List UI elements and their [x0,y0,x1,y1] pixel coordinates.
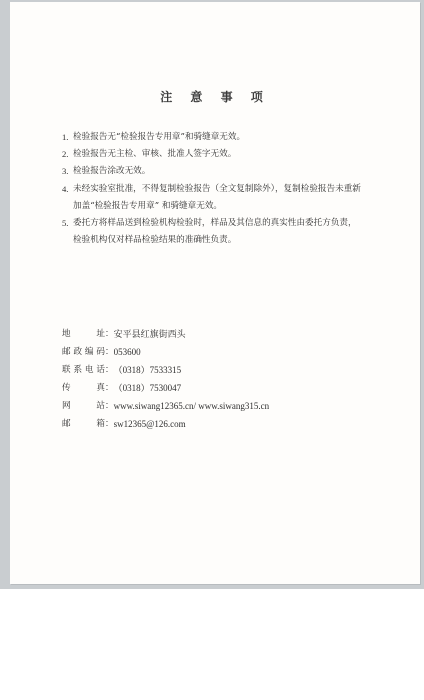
contact-label: 网 站 [62,397,105,415]
website-value: www.siwang12365.cn/ www.siwang315.cn [114,397,270,415]
postcode-value: 053600 [114,343,141,361]
contact-separator: ： [105,361,114,379]
notice-number: 1. [62,129,68,146]
notice-text: 未经实验室批准，不得复制检验报告（全文复制除外），复制检验报告未重新 [73,181,361,198]
contact-separator: ： [105,343,114,361]
contact-separator: ： [105,397,114,415]
notice-text: 检验报告无主检、审核、批准人签字无效。 [73,146,361,163]
contact-separator: ： [105,415,114,433]
document-page: 注 意 事 项 1. 检验报告无“检验报告专用章”和骑缝章无效。 2. 检验报告… [10,2,420,584]
notice-number: 2. [62,146,68,163]
contact-fax: 传 真 ： （0318）7530047 [62,379,269,397]
notice-item-4: 4. 未经实验室批准，不得复制检验报告（全文复制除外），复制检验报告未重新 加盖… [62,181,361,215]
contact-phone: 联系电话 ： （0318）7533315 [62,361,269,379]
contact-separator: ： [105,325,114,343]
notice-text: 检验报告涂改无效。 [73,163,361,180]
contact-label: 邮政编码 [62,343,105,361]
phone-value: （0318）7533315 [114,361,182,379]
notice-number: 5. [62,215,68,232]
notice-number: 4. [62,181,68,198]
notice-item-2: 2. 检验报告无主检、审核、批准人签字无效。 [62,146,361,163]
notice-item-1: 1. 检验报告无“检验报告专用章”和骑缝章无效。 [62,129,361,146]
contact-label: 地 址 [62,325,105,343]
notice-item-3: 3. 检验报告涂改无效。 [62,163,361,180]
contact-label: 联系电话 [62,361,105,379]
notice-list: 1. 检验报告无“检验报告专用章”和骑缝章无效。 2. 检验报告无主检、审核、批… [62,129,361,249]
fax-value: （0318）7530047 [114,379,182,397]
notice-item-5: 5. 委托方将样品送到检验机构检验时，样品及其信息的真实性由委托方负责， 检验机… [62,215,361,249]
page-title: 注 意 事 项 [10,88,420,105]
contact-info: 地 址 ： 安平县红旗街西头 邮政编码 ： 053600 联系电话 ： （031… [62,325,269,433]
scan-frame: 注 意 事 项 1. 检验报告无“检验报告专用章”和骑缝章无效。 2. 检验报告… [0,0,424,589]
email-value: sw12365@126.com [114,415,186,433]
contact-label: 邮 箱 [62,415,105,433]
contact-label: 传 真 [62,379,105,397]
notice-text-continued: 检验机构仅对样品检验结果的准确性负责。 [73,232,361,249]
contact-separator: ： [105,379,114,397]
contact-website: 网 站 ： www.siwang12365.cn/ www.siwang315.… [62,397,269,415]
contact-address: 地 址 ： 安平县红旗街西头 [62,325,269,343]
notice-text: 检验报告无“检验报告专用章”和骑缝章无效。 [73,129,361,146]
notice-text: 委托方将样品送到检验机构检验时，样品及其信息的真实性由委托方负责， [73,215,361,232]
notice-text-continued: 加盖“检验报告专用章” 和骑缝章无效。 [73,198,361,215]
address-value: 安平县红旗街西头 [114,325,186,343]
notice-number: 3. [62,163,68,180]
contact-email: 邮 箱 ： sw12365@126.com [62,415,269,433]
contact-postcode: 邮政编码 ： 053600 [62,343,269,361]
